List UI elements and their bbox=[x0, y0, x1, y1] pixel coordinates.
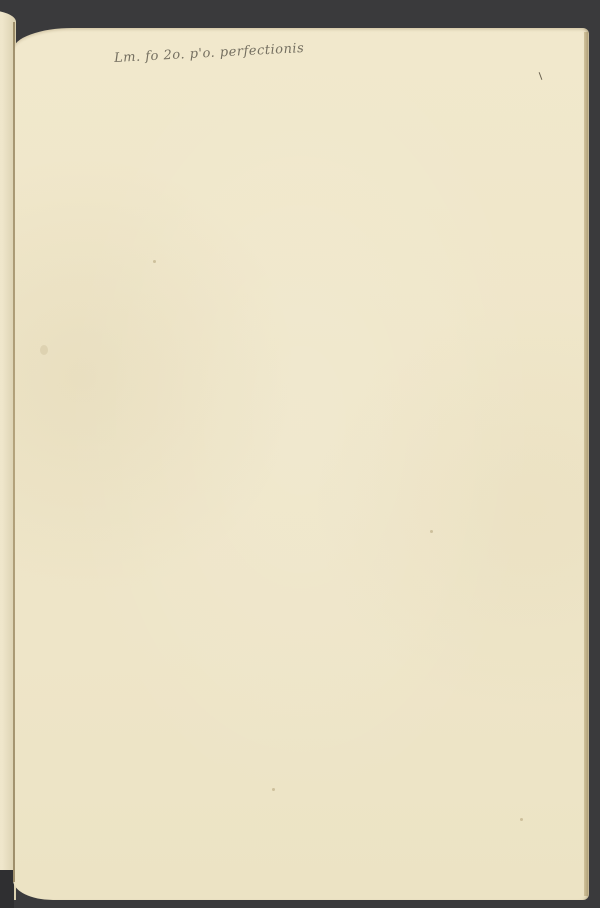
paper-speck bbox=[153, 260, 156, 263]
paper-speck bbox=[430, 530, 433, 533]
manuscript-page bbox=[13, 28, 589, 900]
scan-viewer: Lm. fo 2o. p'o. perfectionis bbox=[0, 0, 600, 908]
paper-speck bbox=[520, 818, 523, 821]
paper-stain bbox=[40, 345, 48, 355]
page-fore-edge bbox=[584, 32, 588, 896]
gutter-crease bbox=[13, 22, 15, 882]
paper-speck bbox=[272, 788, 275, 791]
background-gap bbox=[0, 870, 14, 908]
